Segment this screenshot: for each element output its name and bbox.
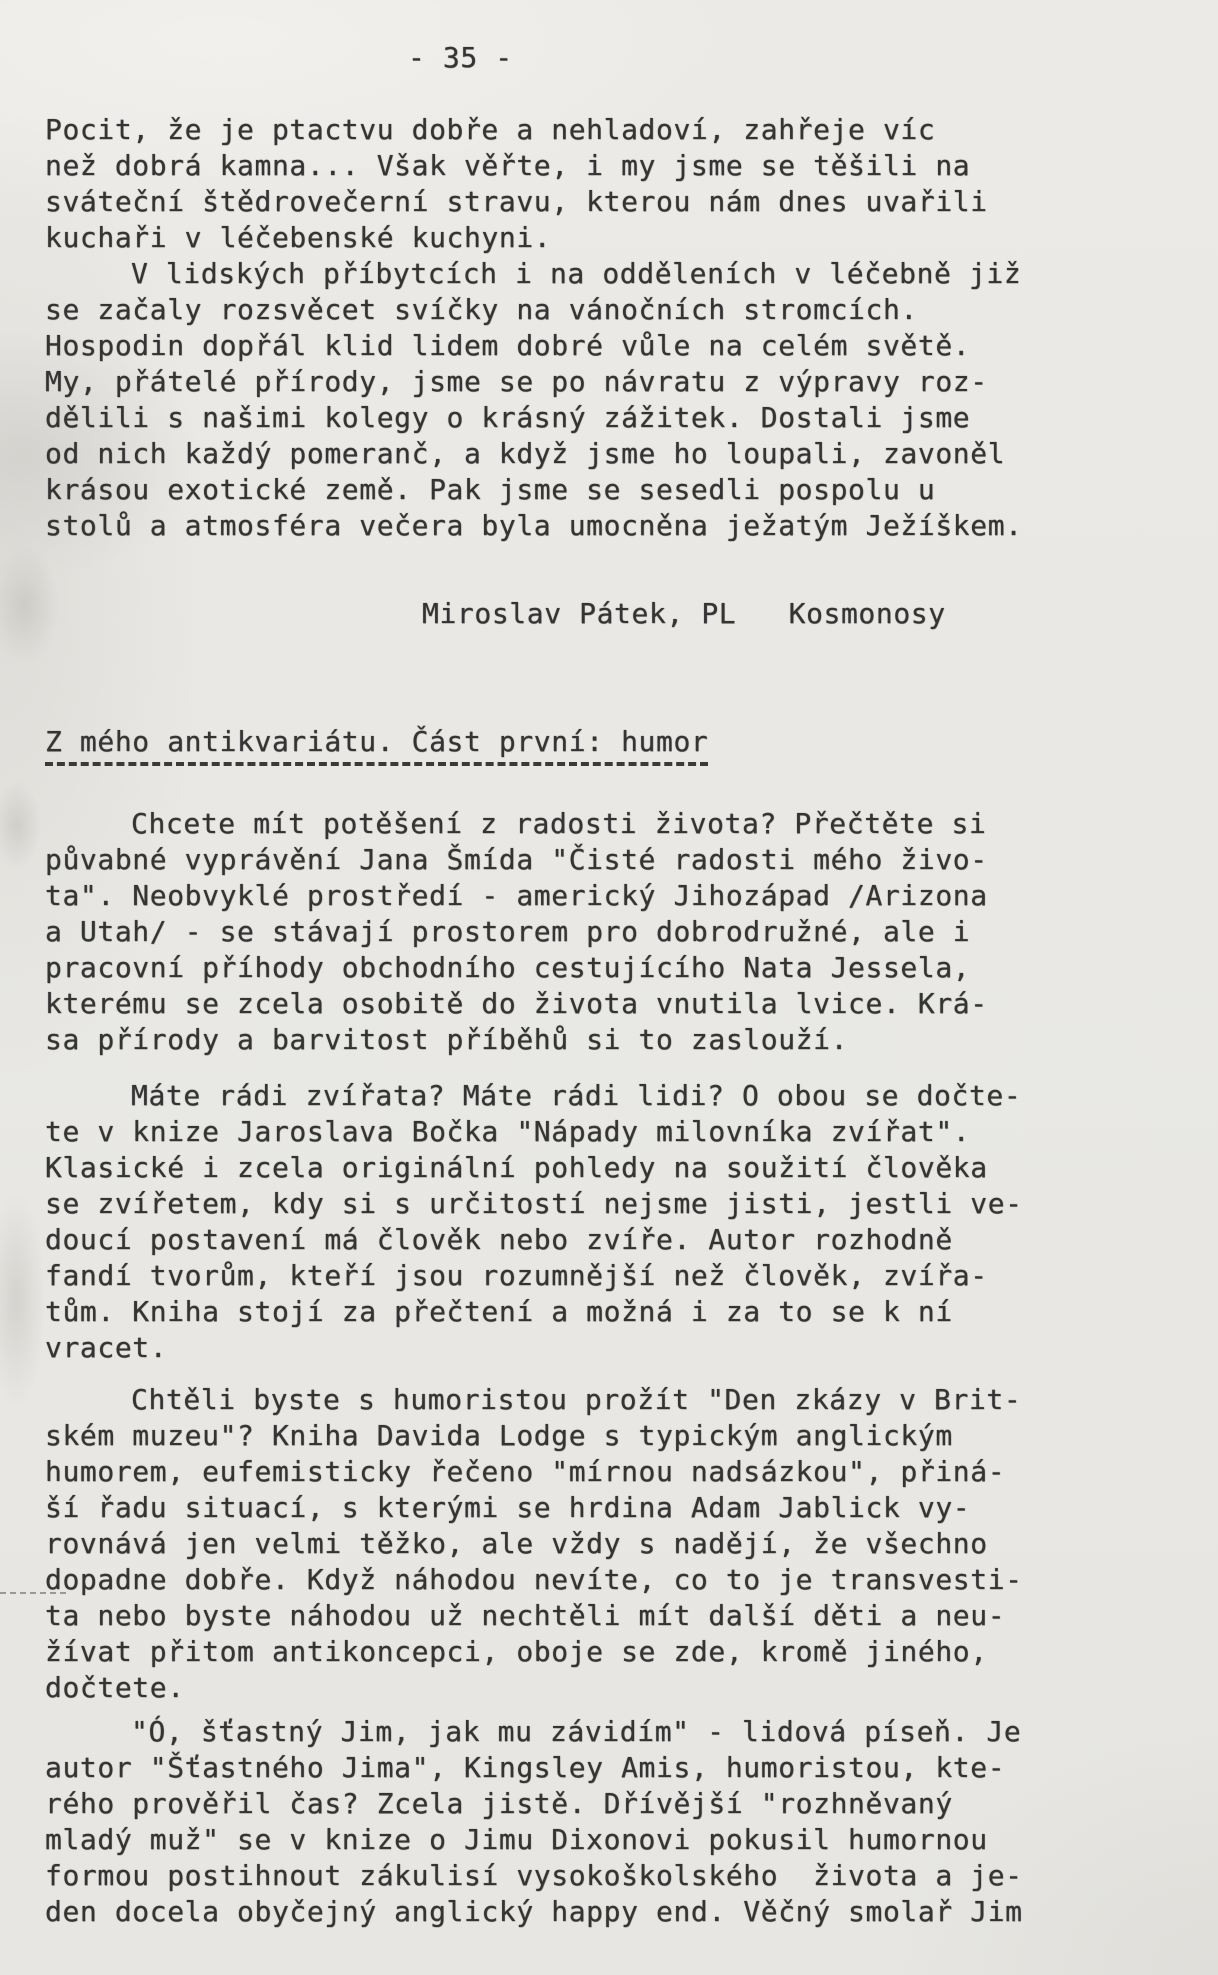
scan-smudge xyxy=(0,1190,46,1410)
text-line: Pocit, že je ptactvu dobře a nehladoví, … xyxy=(45,112,988,148)
text-line: te v knize Jaroslava Bočka "Nápady milov… xyxy=(45,1114,1023,1150)
text-line: doucí postavení má člověk nebo zvíře. Au… xyxy=(45,1222,1023,1258)
scan-smudge xyxy=(0,545,60,665)
text-line: a Utah/ - se stávají prostorem pro dobro… xyxy=(45,914,988,950)
text-line: den docela obyčejný anglický happy end. … xyxy=(45,1894,1023,1930)
text-line: formou postihnout zákulisí vysokoškolské… xyxy=(45,1858,1023,1894)
section-heading: Z mého antikvariátu. Část první: humor xyxy=(45,724,708,766)
text-line: sváteční štědrovečerní stravu, kterou ná… xyxy=(45,184,988,220)
text-line: žívat přitom antikoncepci, oboje se zde,… xyxy=(45,1634,1023,1670)
document-page: - 35 - Pocit, že je ptactvu dobře a nehl… xyxy=(0,0,1218,1975)
text-line: kuchaři v léčebenské kuchyni. xyxy=(45,220,988,256)
text-line: se zvířetem, kdy si s určitostí nejsme j… xyxy=(45,1186,1023,1222)
text-line: mladý muž" se v knize o Jimu Dixonovi po… xyxy=(45,1822,1023,1858)
text-line: sa přírody a barvitost příběhů si to zas… xyxy=(45,1022,988,1058)
text-line: V lidských příbytcích i na odděleních v … xyxy=(45,256,1023,292)
text-line: dopadne dobře. Když náhodou nevíte, co t… xyxy=(45,1562,1023,1598)
signature-line: Miroslav Pátek, PL Kosmonosy xyxy=(422,596,946,632)
text-line: Chtěli byste s humoristou prožít "Den zk… xyxy=(45,1382,1023,1418)
text-line: ském muzeu"? Kniha Davida Lodge s typick… xyxy=(45,1418,1023,1454)
text-line: ta". Neobvyklé prostředí - americký Jiho… xyxy=(45,878,988,914)
text-line: kterému se zcela osobitě do života vnuti… xyxy=(45,986,988,1022)
text-line: "Ó, šťastný Jim, jak mu závidím" - lidov… xyxy=(45,1714,1023,1750)
text-line: krásou exotické země. Pak jsme se sesedl… xyxy=(45,472,1023,508)
text-line: fandí tvorům, kteří jsou rozumnější než … xyxy=(45,1258,1023,1294)
text-line: pracovní příhody obchodního cestujícího … xyxy=(45,950,988,986)
text-line: autor "Šťastného Jima", Kingsley Amis, h… xyxy=(45,1750,1023,1786)
text-line: rého prověřil čas? Zcela jistě. Dřívější… xyxy=(45,1786,1023,1822)
paragraph-4: Máte rádi zvířata? Máte rádi lidi? O obo… xyxy=(45,1078,1023,1366)
text-line: Máte rádi zvířata? Máte rádi lidi? O obo… xyxy=(45,1078,1023,1114)
page-number: - 35 - xyxy=(408,40,513,76)
text-line: vracet. xyxy=(45,1330,1023,1366)
text-line: dělili s našimi kolegy o krásný zážitek.… xyxy=(45,400,1023,436)
paragraph-2: V lidských příbytcích i na odděleních v … xyxy=(45,256,1023,544)
text-line: Klasické i zcela originální pohledy na s… xyxy=(45,1150,1023,1186)
text-line: než dobrá kamna... Však věřte, i my jsme… xyxy=(45,148,988,184)
text-line: půvabné vyprávění Jana Šmída "Čisté rado… xyxy=(45,842,988,878)
scan-artifact-dash xyxy=(0,1592,66,1594)
text-line: dočtete. xyxy=(45,1670,1023,1706)
text-line: rovnává jen velmi těžko, ale vždy s nadě… xyxy=(45,1526,1023,1562)
paragraph-6: "Ó, šťastný Jim, jak mu závidím" - lidov… xyxy=(45,1714,1023,1930)
text-line: tům. Kniha stojí za přečtení a možná i z… xyxy=(45,1294,1023,1330)
text-line: stolů a atmosféra večera byla umocněna j… xyxy=(45,508,1023,544)
text-line: humorem, eufemisticky řečeno "mírnou nad… xyxy=(45,1454,1023,1490)
section-heading-wrap: Z mého antikvariátu. Část první: humor xyxy=(45,724,708,766)
text-line: Hospodin dopřál klid lidem dobré vůle na… xyxy=(45,328,1023,364)
text-line: ší řadu situací, s kterými se hrdina Ada… xyxy=(45,1490,1023,1526)
text-line: se začaly rozsvěcet svíčky na vánočních … xyxy=(45,292,1023,328)
paragraph-1: Pocit, že je ptactvu dobře a nehladoví, … xyxy=(45,112,988,256)
paragraph-3: Chcete mít potěšení z radosti života? Př… xyxy=(45,806,988,1058)
paragraph-5: Chtěli byste s humoristou prožít "Den zk… xyxy=(45,1382,1023,1706)
text-line: Chcete mít potěšení z radosti života? Př… xyxy=(45,806,988,842)
scan-smudge xyxy=(0,780,42,870)
text-line: My, přátelé přírody, jsme se po návratu … xyxy=(45,364,1023,400)
text-line: od nich každý pomeranč, a když jsme ho l… xyxy=(45,436,1023,472)
text-line: ta nebo byste náhodou už nechtěli mít da… xyxy=(45,1598,1023,1634)
